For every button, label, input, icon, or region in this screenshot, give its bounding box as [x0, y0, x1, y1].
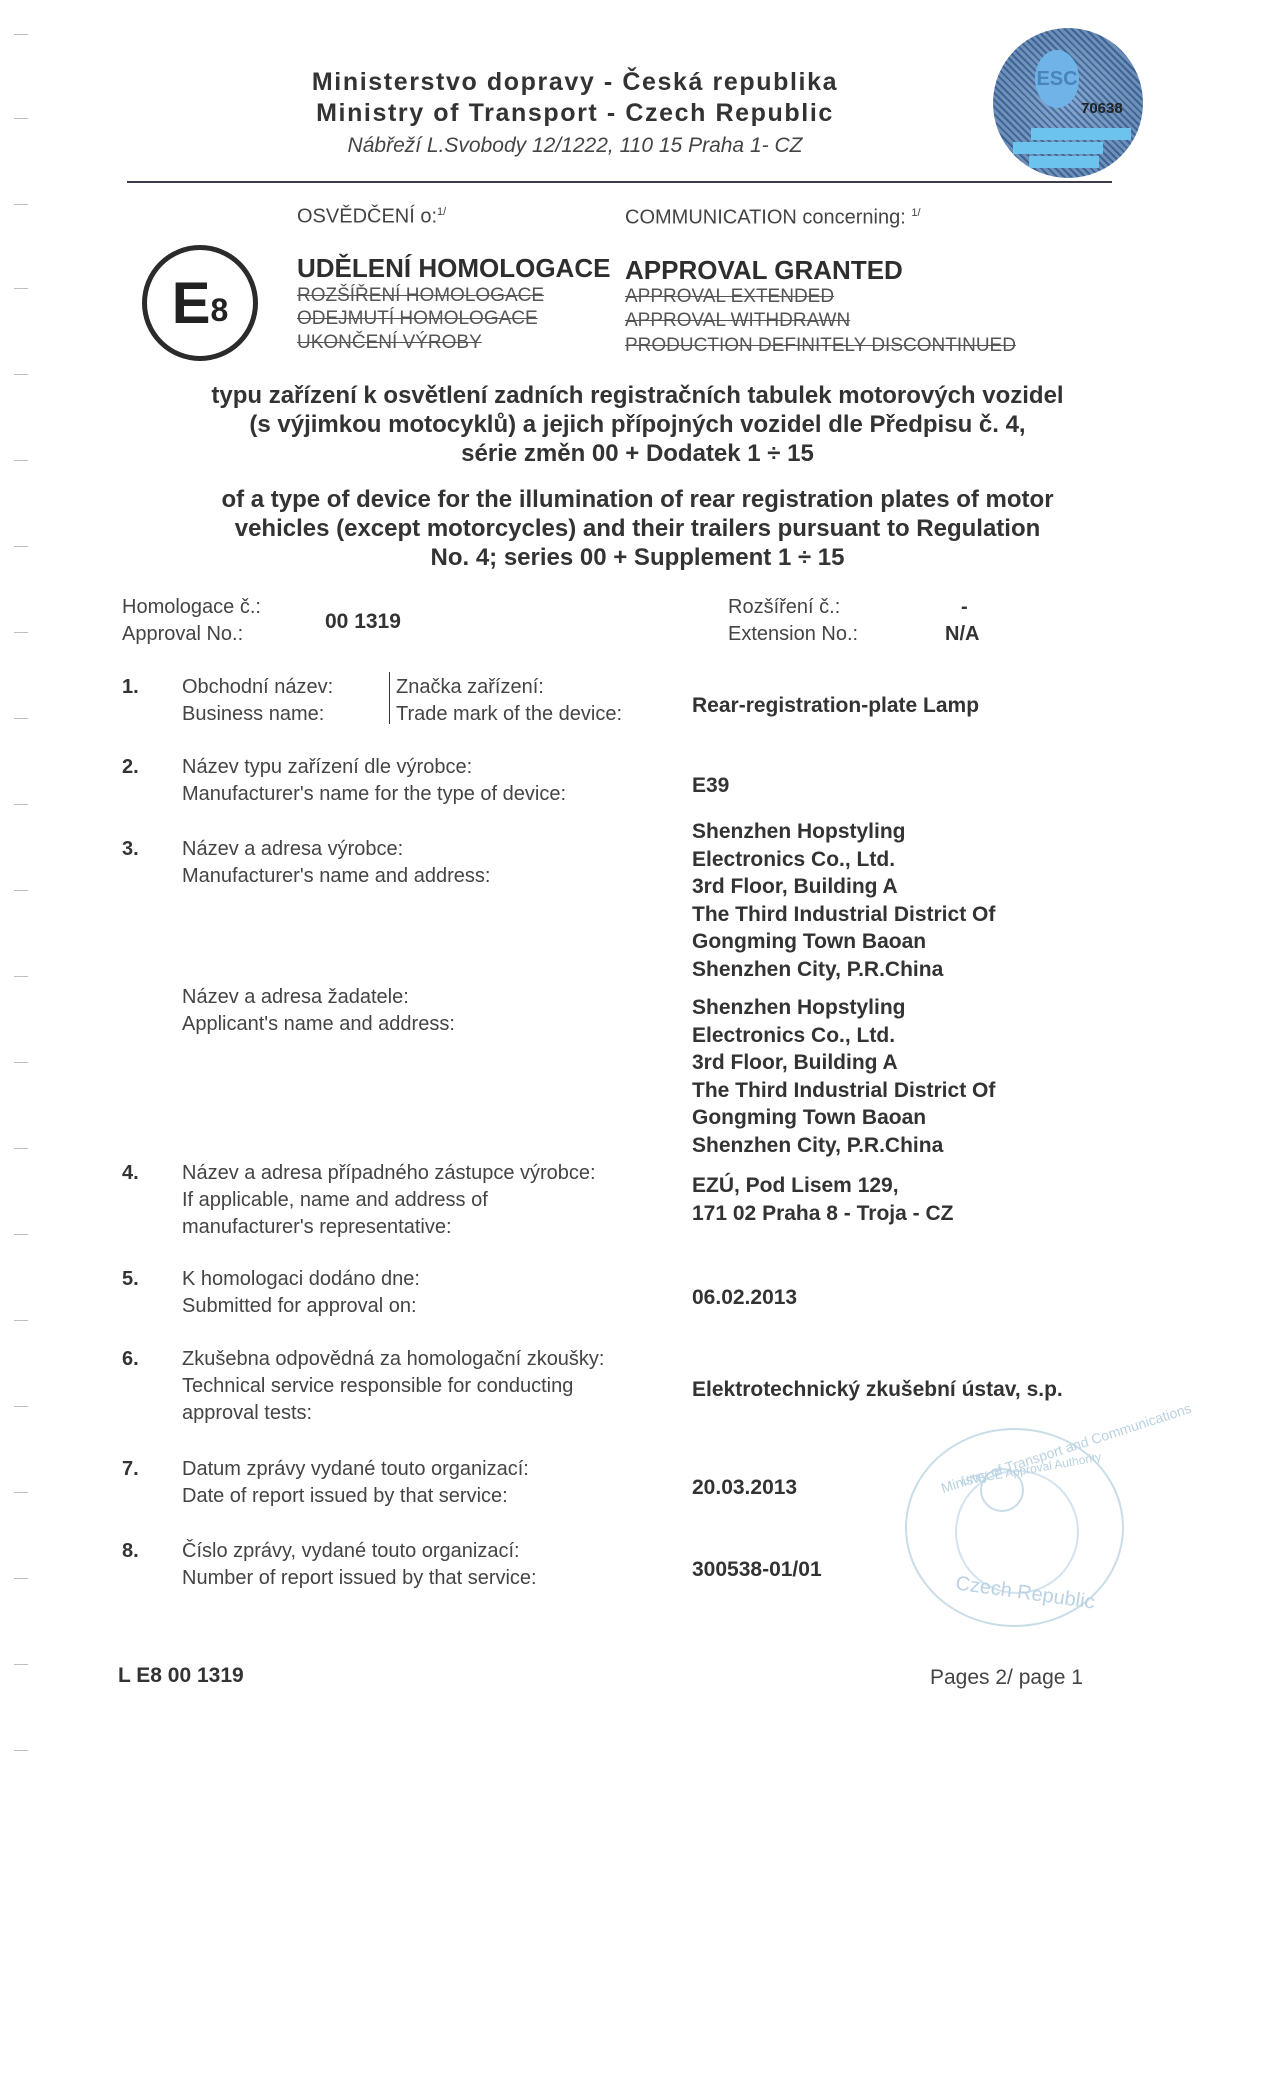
item-6-value: Elektrotechnický zkušební ústav, s.p. — [692, 1376, 1063, 1404]
applicant-value: Shenzhen HopstylingElectronics Co., Ltd.… — [692, 994, 995, 1159]
option-en-granted: APPROVAL GRANTED — [625, 255, 903, 286]
item-7-number: 7. — [122, 1458, 139, 1481]
option-cz-granted: UDĚLENÍ HOMOLOGACE — [297, 253, 610, 284]
item-8-number: 8. — [122, 1540, 139, 1563]
approval-number: 00 1319 — [325, 610, 401, 634]
ministry-address: Nábřeží L.Svobody 12/1222, 110 15 Praha … — [0, 134, 1150, 158]
item-5-label: K homologaci dodáno dne:Submitted for ap… — [182, 1266, 420, 1320]
item-7-label: Datum zprávy vydané touto organizací:Dat… — [182, 1456, 529, 1510]
document-reference: L E8 00 1319 — [118, 1664, 244, 1688]
item-4-number: 4. — [122, 1162, 139, 1185]
item-2-number: 2. — [122, 756, 139, 779]
hologram-serial: 70638 — [1081, 100, 1123, 117]
item-1-label: Obchodní název:Business name: — [182, 674, 333, 728]
item-8-value: 300538-01/01 — [692, 1556, 822, 1584]
esc-logo-icon: ESC — [1035, 50, 1079, 108]
description-en: of a type of device for the illumination… — [0, 485, 1275, 572]
item-2-value: E39 — [692, 772, 729, 800]
communication-label-cz: OSVĚDČENÍ o:1/ — [297, 199, 446, 231]
item-3-value: Shenzhen HopstylingElectronics Co., Ltd.… — [692, 818, 995, 983]
item-2-label: Název typu zařízení dle výrobce:Manufact… — [182, 754, 566, 808]
applicant-label: Název a adresa žadatele:Applicant's name… — [182, 984, 455, 1038]
item-5-number: 5. — [122, 1268, 139, 1291]
item-4-label: Název a adresa případného zástupce výrob… — [182, 1160, 596, 1241]
item-3-label: Název a adresa výrobce:Manufacturer's na… — [182, 836, 490, 890]
item-6-label: Zkušebna odpovědná za homologační zkoušk… — [182, 1346, 605, 1427]
item-4-value: EZÚ, Pod Lisem 129,171 02 Praha 8 - Troj… — [692, 1172, 953, 1227]
option-cz-discontinued: UKONČENÍ VÝROBY — [297, 331, 482, 354]
item-1-number: 1. — [122, 676, 139, 699]
hologram-seal: ESC 70638 — [993, 28, 1143, 178]
approval-label: Homologace č.: Approval No.: — [122, 594, 261, 648]
header-rule — [127, 181, 1112, 183]
ministry-name-en: Ministry of Transport - Czech Republic — [0, 99, 1150, 128]
item-5-value: 06.02.2013 — [692, 1284, 797, 1312]
ministry-name-cz: Ministerstvo dopravy - Česká republika — [0, 68, 1150, 97]
description-cz: typu zařízení k osvětlení zadních regist… — [0, 381, 1275, 468]
item-1-value: Rear-registration-plate Lamp — [692, 692, 979, 720]
item-6-number: 6. — [122, 1348, 139, 1371]
option-en-discontinued: PRODUCTION DEFINITELY DISCONTINUED — [625, 334, 1016, 357]
item-3-number: 3. — [122, 838, 139, 861]
option-cz-withdrawn: ODEJMUTÍ HOMOLOGACE — [297, 307, 538, 330]
item-7-value: 20.03.2013 — [692, 1474, 797, 1502]
option-en-extended: APPROVAL EXTENDED — [625, 285, 834, 308]
item-8-label: Číslo zprávy, vydané touto organizací:Nu… — [182, 1538, 537, 1592]
e8-mark-icon: E8 — [142, 245, 258, 361]
extension-value: - N/A — [945, 594, 979, 648]
page-indicator: Pages 2/ page 1 — [930, 1666, 1083, 1690]
extension-label: Rozšíření č.: Extension No.: — [728, 594, 858, 648]
communication-label-en: COMMUNICATION concerning: 1/ — [625, 200, 921, 232]
item-1-separator — [389, 672, 390, 724]
option-cz-extended: ROZŠÍŘENÍ HOMOLOGACE — [297, 284, 544, 307]
option-en-withdrawn: APPROVAL WITHDRAWN — [625, 309, 850, 332]
item-1-label-trademark: Značka zařízení:Trade mark of the device… — [396, 674, 622, 728]
